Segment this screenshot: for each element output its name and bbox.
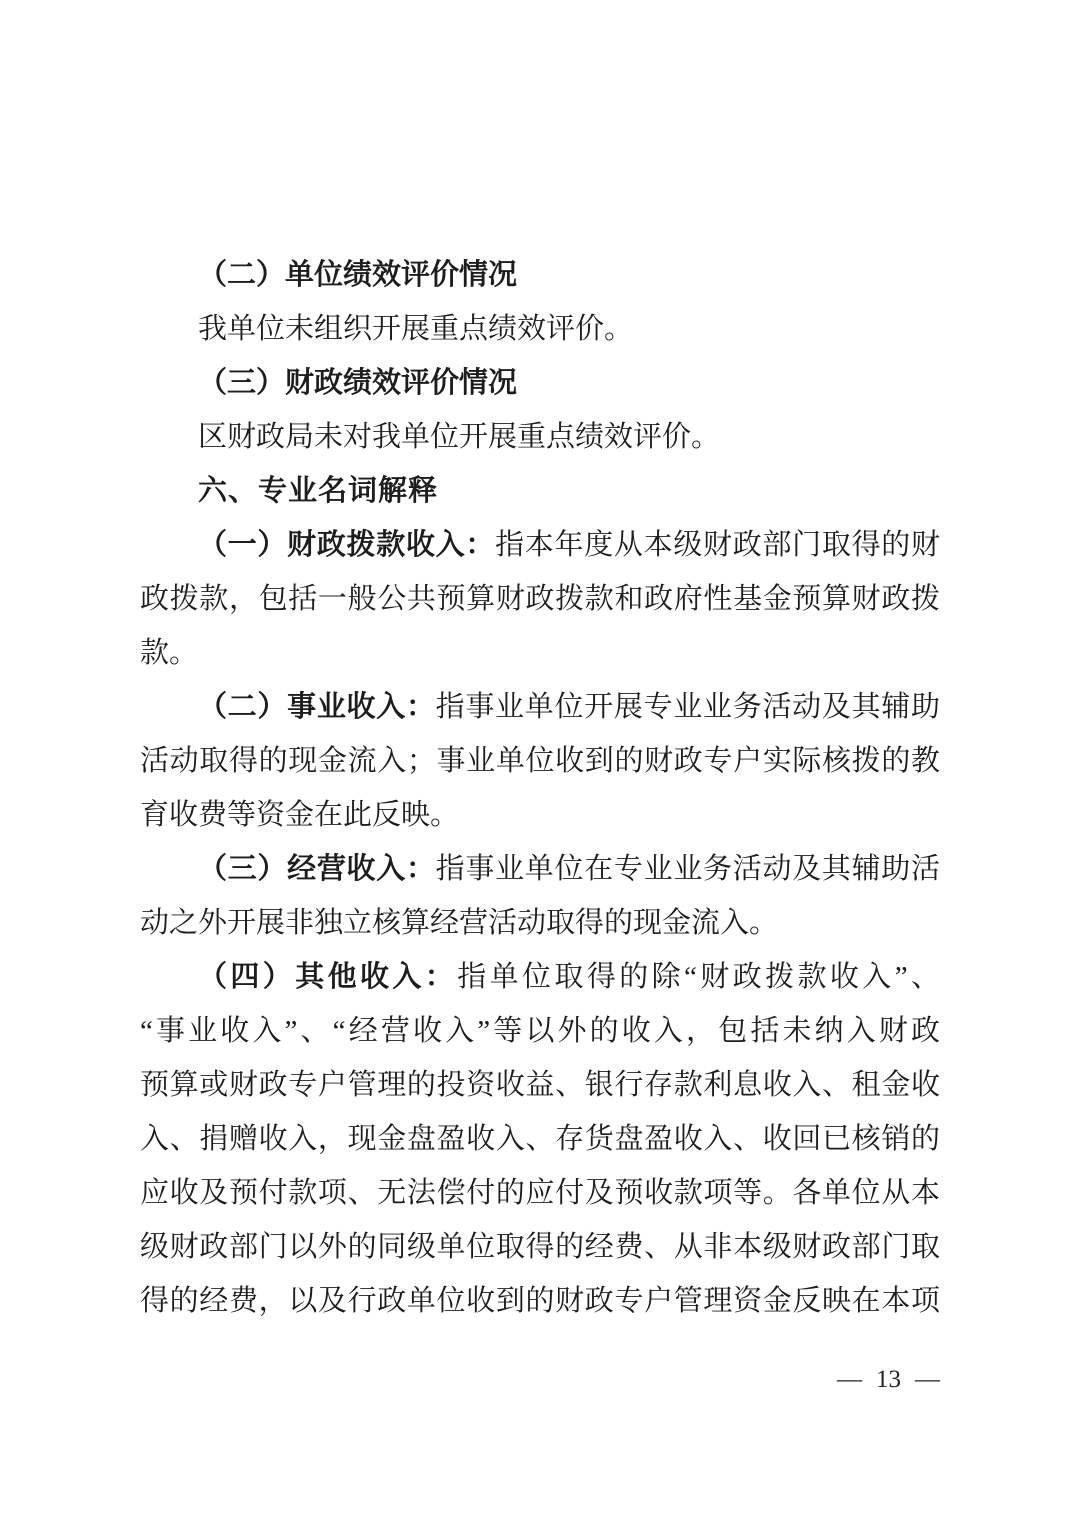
term1-line3: 款。 bbox=[140, 626, 940, 680]
heading-section-vi-terms: 六、专业名词解释 bbox=[140, 464, 940, 518]
term3-line1: （三）经营收入：指事业单位在专业业务活动及其辅助活 bbox=[140, 842, 940, 896]
term1-line1-text: 指本年度从本级财政部门取得的财 bbox=[495, 529, 940, 561]
term3-line2: 动之外开展非独立核算经营活动取得的现金流入。 bbox=[140, 896, 940, 950]
document-page: （二）单位绩效评价情况 我单位未组织开展重点绩效评价。 （三）财政绩效评价情况 … bbox=[0, 0, 1074, 1520]
document-body: （二）单位绩效评价情况 我单位未组织开展重点绩效评价。 （三）财政绩效评价情况 … bbox=[140, 248, 940, 1328]
term4-line3: 预算或财政专户管理的投资收益、银行存款利息收入、租金收 bbox=[140, 1058, 940, 1112]
term1-lead: （一）财政拨款收入： bbox=[198, 529, 495, 561]
term4-line2: “事业收入”、“经营收入”等以外的收入，包括未纳入财政 bbox=[140, 1004, 940, 1058]
term2-line3: 育收费等资金在此反映。 bbox=[140, 788, 940, 842]
footer-dash-right: — bbox=[915, 1366, 940, 1393]
term4-line6: 级财政部门以外的同级单位取得的经费、从非本级财政部门取 bbox=[140, 1220, 940, 1274]
term2-line1: （二）事业收入：指事业单位开展专业业务活动及其辅助 bbox=[140, 680, 940, 734]
term2-line1-text: 指事业单位开展专业业务活动及其辅助 bbox=[436, 691, 940, 723]
footer-page-number: 13 bbox=[876, 1366, 901, 1393]
page-number: —13— bbox=[140, 1366, 940, 1394]
para-fiscal-evaluation: 区财政局未对我单位开展重点绩效评价。 bbox=[140, 410, 940, 464]
term3-line1-text: 指事业单位在专业业务活动及其辅助活 bbox=[436, 853, 940, 885]
term1-line1: （一）财政拨款收入：指本年度从本级财政部门取得的财 bbox=[140, 518, 940, 572]
para-unit-evaluation: 我单位未组织开展重点绩效评价。 bbox=[140, 302, 940, 356]
footer-dash-left: — bbox=[837, 1366, 862, 1393]
term1-line2: 政拨款，包括一般公共预算财政拨款和政府性基金预算财政拨 bbox=[140, 572, 940, 626]
term4-line4: 入、捐赠收入，现金盘盈收入、存货盘盈收入、收回已核销的 bbox=[140, 1112, 940, 1166]
term4-line7: 得的经费，以及行政单位收到的财政专户管理资金反映在本项 bbox=[140, 1274, 940, 1328]
term3-lead: （三）经营收入： bbox=[198, 853, 436, 885]
term2-lead: （二）事业收入： bbox=[198, 691, 436, 723]
term4-line5: 应收及预付款项、无法偿付的应付及预收款项等。各单位从本 bbox=[140, 1166, 940, 1220]
heading-section-ii-unit-evaluation: （二）单位绩效评价情况 bbox=[140, 248, 940, 302]
term4-lead: （四）其他收入： bbox=[198, 961, 457, 993]
term2-line2: 活动取得的现金流入；事业单位收到的财政专户实际核拨的教 bbox=[140, 734, 940, 788]
heading-section-iii-fiscal-evaluation: （三）财政绩效评价情况 bbox=[140, 356, 940, 410]
term4-line1: （四）其他收入：指单位取得的除“财政拨款收入”、 bbox=[140, 950, 940, 1004]
term4-line1-text: 指单位取得的除“财政拨款收入”、 bbox=[457, 961, 940, 993]
